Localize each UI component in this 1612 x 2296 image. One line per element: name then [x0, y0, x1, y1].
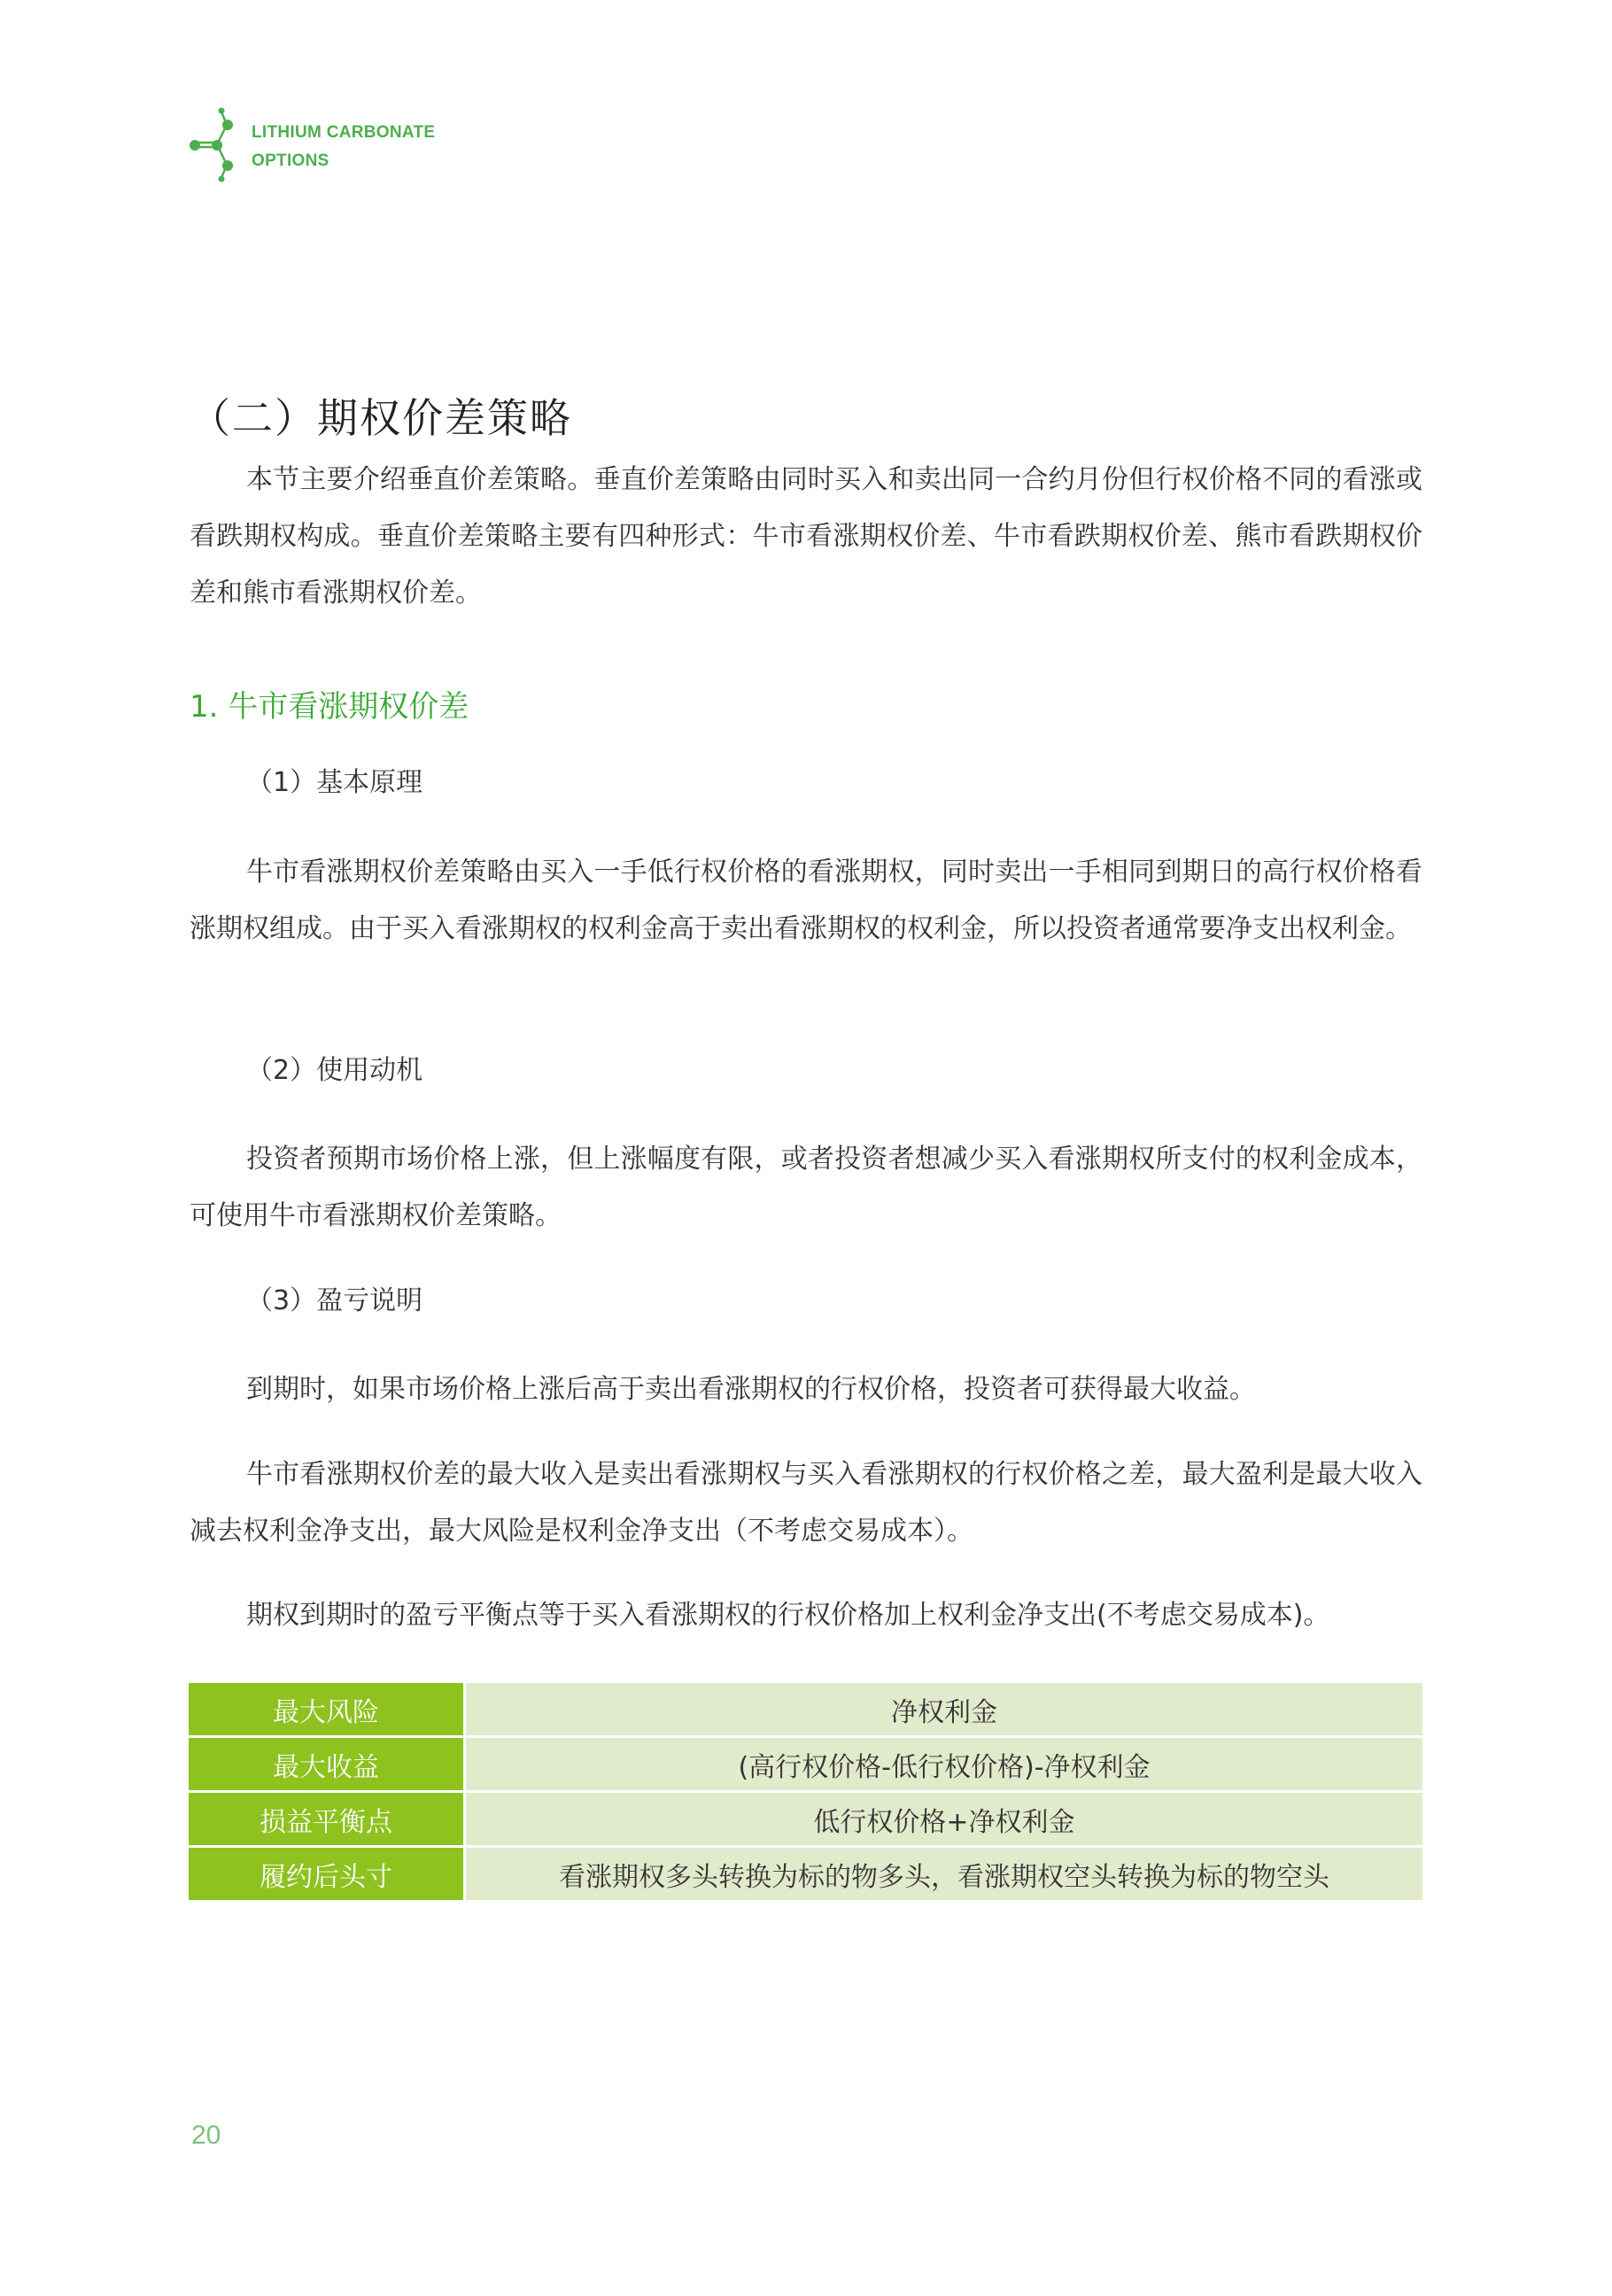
- intro-paragraph: 本节主要介绍垂直价差策略。垂直价差策略由同时买入和卖出同一合约月份但行权价格不同…: [190, 452, 1422, 622]
- paragraph-basic-principle: 牛市看涨期权价差策略由买入一手低行权价格的看涨期权，同时卖出一手相同到期日的高行…: [190, 844, 1422, 958]
- summary-table: 最大风险 净权利金 最大收益 (高行权价格-低行权价格)-净权利金 损益平衡点 …: [189, 1683, 1422, 1903]
- table-value-cell: 低行权价格+净权利金: [466, 1793, 1422, 1845]
- page-number: 20: [191, 2121, 221, 2151]
- part-heading-3: （3）盈亏说明: [246, 1278, 422, 1317]
- paragraph-payoff-2: 牛市看涨期权价差的最大收入是卖出看涨期权与买入看涨期权的行权价格之差，最大盈利是…: [190, 1447, 1422, 1560]
- table-key-cell: 损益平衡点: [189, 1793, 463, 1845]
- paragraph-payoff-1: 到期时，如果市场价格上涨后高于卖出看涨期权的行权价格，投资者可获得最大收益。: [190, 1361, 1422, 1418]
- subsection-title: 1. 牛市看涨期权价差: [190, 682, 469, 725]
- table-key-cell: 最大风险: [189, 1683, 463, 1735]
- logo-line-1: LITHIUM CARBONATE: [252, 119, 435, 147]
- table-value-cell: 净权利金: [466, 1683, 1422, 1735]
- paragraph-payoff-3: 期权到期时的盈亏平衡点等于买入看涨期权的行权价格加上权利金净支出(不考虑交易成本…: [190, 1587, 1422, 1644]
- table-row: 履约后头寸 看涨期权多头转换为标的物多头，看涨期权空头转换为标的物空头: [189, 1848, 1422, 1900]
- paragraph-motivation: 投资者预期市场价格上涨，但上涨幅度有限，或者投资者想减少买入看涨期权所支付的权利…: [190, 1131, 1422, 1245]
- logo-line-2: OPTIONS: [252, 147, 435, 175]
- header-logo: LITHIUM CARBONATE OPTIONS: [188, 99, 471, 188]
- table-key-cell: 履约后头寸: [189, 1848, 463, 1900]
- table-row: 损益平衡点 低行权价格+净权利金: [189, 1793, 1422, 1845]
- molecule-icon: [188, 99, 250, 188]
- table-key-cell: 最大收益: [189, 1738, 463, 1790]
- table-value-cell: (高行权价格-低行权价格)-净权利金: [466, 1738, 1422, 1790]
- part-heading-1: （1）基本原理: [246, 760, 422, 799]
- section-title: （二）期权价差策略: [190, 386, 572, 445]
- part-heading-2: （2）使用动机: [246, 1048, 422, 1087]
- table-row: 最大收益 (高行权价格-低行权价格)-净权利金: [189, 1738, 1422, 1790]
- table-value-cell: 看涨期权多头转换为标的物多头，看涨期权空头转换为标的物空头: [466, 1848, 1422, 1900]
- table-row: 最大风险 净权利金: [189, 1683, 1422, 1735]
- logo-text: LITHIUM CARBONATE OPTIONS: [252, 119, 435, 175]
